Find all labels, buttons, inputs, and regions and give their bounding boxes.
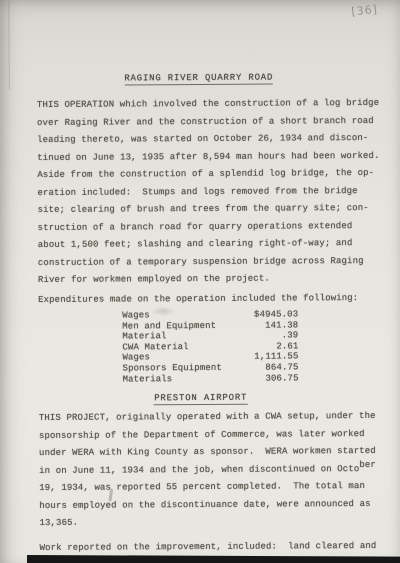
expenditures-table: Wages $4945.03 Men and Equipment 141.38 … — [122, 309, 298, 384]
raised-typed-text: ber — [359, 460, 376, 470]
paragraph-line: struction of a branch road for quarry op… — [38, 217, 378, 237]
paragraph-line: THIS OPERATION which involved the constr… — [37, 95, 377, 115]
paragraph-line: eration included: Stumps and logs remove… — [37, 182, 377, 202]
expense-label: Sponsors Equipment — [122, 363, 234, 374]
expense-value: .39 — [234, 331, 298, 342]
paragraph-line: Expenditures made on the operation inclu… — [38, 290, 378, 310]
expense-label: CWA Material — [122, 342, 234, 353]
paragraph-line: 19, 1934, was reported 55 percent comple… — [39, 478, 379, 498]
section2-paragraph: THIS PROJECT, originally operated with a… — [39, 408, 380, 533]
paragraph-line-main: in on June 11, 1934 and the job, when di… — [39, 464, 359, 476]
paragraph-line: construction of a temporary suspension b… — [38, 252, 378, 272]
scanned-document-page: [36] RAGING RIVER QUARRY ROAD THIS OPERA… — [0, 0, 400, 563]
section1-heading-row: RAGING RIVER QUARRY ROAD — [0, 66, 399, 86]
handwritten-page-annotation: [36] — [351, 3, 379, 18]
section2-heading-row: PRESTON AIRPORT — [1, 386, 400, 406]
paragraph-line: site; clearing of brush and trees from t… — [38, 200, 378, 220]
expense-label: Men and Equipment — [122, 320, 234, 331]
paragraph-line: tinued on June 13, 1935 after 8,594 man … — [37, 147, 377, 167]
expense-label: Materials — [123, 373, 235, 384]
expense-row: Materials 306.75 — [123, 373, 299, 385]
section1-paragraph: THIS OPERATION which involved the constr… — [37, 95, 378, 290]
paragraph-line: leading thereto, was started on October … — [37, 130, 377, 150]
paragraph-line: under WERA with King County as sponsor. … — [39, 443, 379, 463]
expenditures-intro: Expenditures made on the operation inclu… — [38, 290, 378, 310]
paragraph-line: Aside from the construction of a splendi… — [37, 165, 377, 185]
paragraph-line: over Raging River and the construction o… — [37, 112, 377, 132]
expense-value: 1,111.55 — [234, 352, 298, 363]
expense-value: 864.75 — [234, 362, 298, 373]
paragraph-line: hours employed on the discontinuance dat… — [39, 495, 379, 515]
paragraph-line: River for workmen employed on the projec… — [38, 270, 378, 290]
scanner-edge-band — [27, 555, 400, 563]
total-man-hours: 13,365. — [39, 513, 379, 533]
expense-label: Wages — [122, 352, 234, 363]
expense-value: 306.75 — [235, 373, 299, 384]
section2-title: PRESTON AIRPORT — [154, 393, 247, 406]
paragraph-line: about 1,500 feet; slashing and clearing … — [38, 235, 378, 255]
page-content: [36] RAGING RIVER QUARRY ROAD THIS OPERA… — [0, 0, 400, 563]
paragraph-line: in on June 11, 1934 and the job, when di… — [39, 460, 379, 480]
paragraph-line: THIS PROJECT, originally operated with a… — [39, 408, 379, 428]
paragraph-line: sponsorship of the Department of Commerc… — [39, 425, 379, 445]
expense-label: Wages — [122, 310, 234, 321]
expense-value: 141.38 — [234, 320, 298, 331]
expense-label: Material — [122, 331, 234, 342]
section1-title: RAGING RIVER QUARRY ROAD — [124, 73, 273, 86]
expense-value: $4945.03 — [234, 309, 298, 320]
